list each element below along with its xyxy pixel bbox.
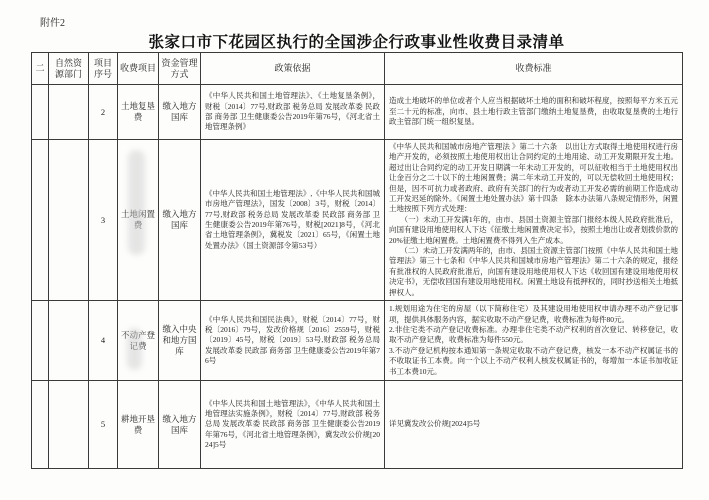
item-cell: 土地复垦费	[118, 85, 159, 140]
standard-cell: 造成土地破坏的单位或者个人应当根据破坏土地的面积和破坏程度，按照每平方米五元至二…	[385, 85, 683, 140]
item-cell: 土地闲置费	[118, 140, 159, 301]
category-cell	[32, 301, 49, 381]
table-row-land-reclamation: 2 土地复垦费 缴入地方国库 《中华人民共和国土地管理法》、《土地复垦条例》，财…	[32, 85, 683, 140]
item-cell: 不动产登记费	[118, 301, 159, 381]
fund-mode-cell: 缴入中央和地方国库	[159, 301, 201, 381]
table-row-real-estate-registration: 4 不动产登记费 缴入中央和地方国库 《中华人民共和国民法典》，财税〔2014〕…	[32, 301, 683, 381]
category-cell	[32, 381, 49, 469]
page-title: 张家口市下花园区执行的全国涉企行政事业性收费目录清单	[31, 30, 682, 52]
header-item: 收费项目	[118, 53, 159, 85]
header-standard: 收费标准	[385, 53, 683, 85]
department-cell	[49, 140, 89, 301]
header-fund-mode: 资金管理 方式	[159, 53, 201, 85]
fund-mode-cell: 缴入地方国库	[159, 381, 201, 469]
header-policy: 政策依据	[201, 53, 385, 85]
category-cell	[32, 85, 49, 140]
document-page: 附件2 张家口市下花园区执行的全国涉企行政事业性收费目录清单 二 自然资源部门 …	[0, 0, 709, 500]
fund-mode-cell: 缴入地方国库	[159, 85, 201, 140]
header-category: 二	[32, 53, 49, 85]
fund-mode-cell: 缴入地方国库	[159, 140, 201, 301]
item-cell: 耕地开垦费	[118, 381, 159, 469]
standard-cell: 1.规划用途为住宅的房屋（以下简称住宅）及其建设用地使用权申请办理不动产登记事项…	[385, 301, 683, 381]
seq-cell: 3	[89, 140, 118, 301]
attachment-label: 附件2	[40, 14, 65, 29]
seq-cell: 4	[89, 301, 118, 381]
policy-cell: 《中华人民共和国土地管理法》、《土地复垦条例》，财税〔2014〕77号,财政部 …	[201, 85, 385, 140]
standard-cell: 详见冀发改公价规[2024]5号	[385, 381, 683, 469]
fee-catalog-table: 二 自然资源部门 项目序号 收费项目 资金管理 方式 政策依据 收费标准 2 土…	[31, 52, 683, 469]
policy-cell: 《中华人民共和国土地管理法》,《中华人民共和国城市房地产管理法》，国发〔2008…	[201, 140, 385, 301]
department-cell	[49, 301, 89, 381]
seq-cell: 2	[89, 85, 118, 140]
table-row-farmland-cultivation: 5 耕地开垦费 缴入地方国库 《中华人民共和国土地管理法》，《中华人民共和国土地…	[32, 381, 683, 469]
standard-cell: 《中华人民共和国城市房地产管理法 》第二十六条 以出让方式取得土地使用权进行房地…	[385, 140, 683, 301]
header-department: 自然资源部门	[49, 53, 89, 85]
department-cell	[49, 381, 89, 469]
policy-cell: 《中华人民共和国土地管理法》，《中华人民共和国土地管理法实施条例》，财税〔201…	[201, 381, 385, 469]
department-cell	[49, 85, 89, 140]
seq-cell: 5	[89, 381, 118, 469]
policy-cell: 《中华人民共和国民法典》，财税〔2014〕77号，财税〔2016〕79号，发改价…	[201, 301, 385, 381]
category-cell	[32, 140, 49, 301]
header-seq: 项目序号	[89, 53, 118, 85]
header-row: 二 自然资源部门 项目序号 收费项目 资金管理 方式 政策依据 收费标准	[32, 53, 683, 85]
table-row-idle-land: 3 土地闲置费 缴入地方国库 《中华人民共和国土地管理法》,《中华人民共和国城市…	[32, 140, 683, 301]
